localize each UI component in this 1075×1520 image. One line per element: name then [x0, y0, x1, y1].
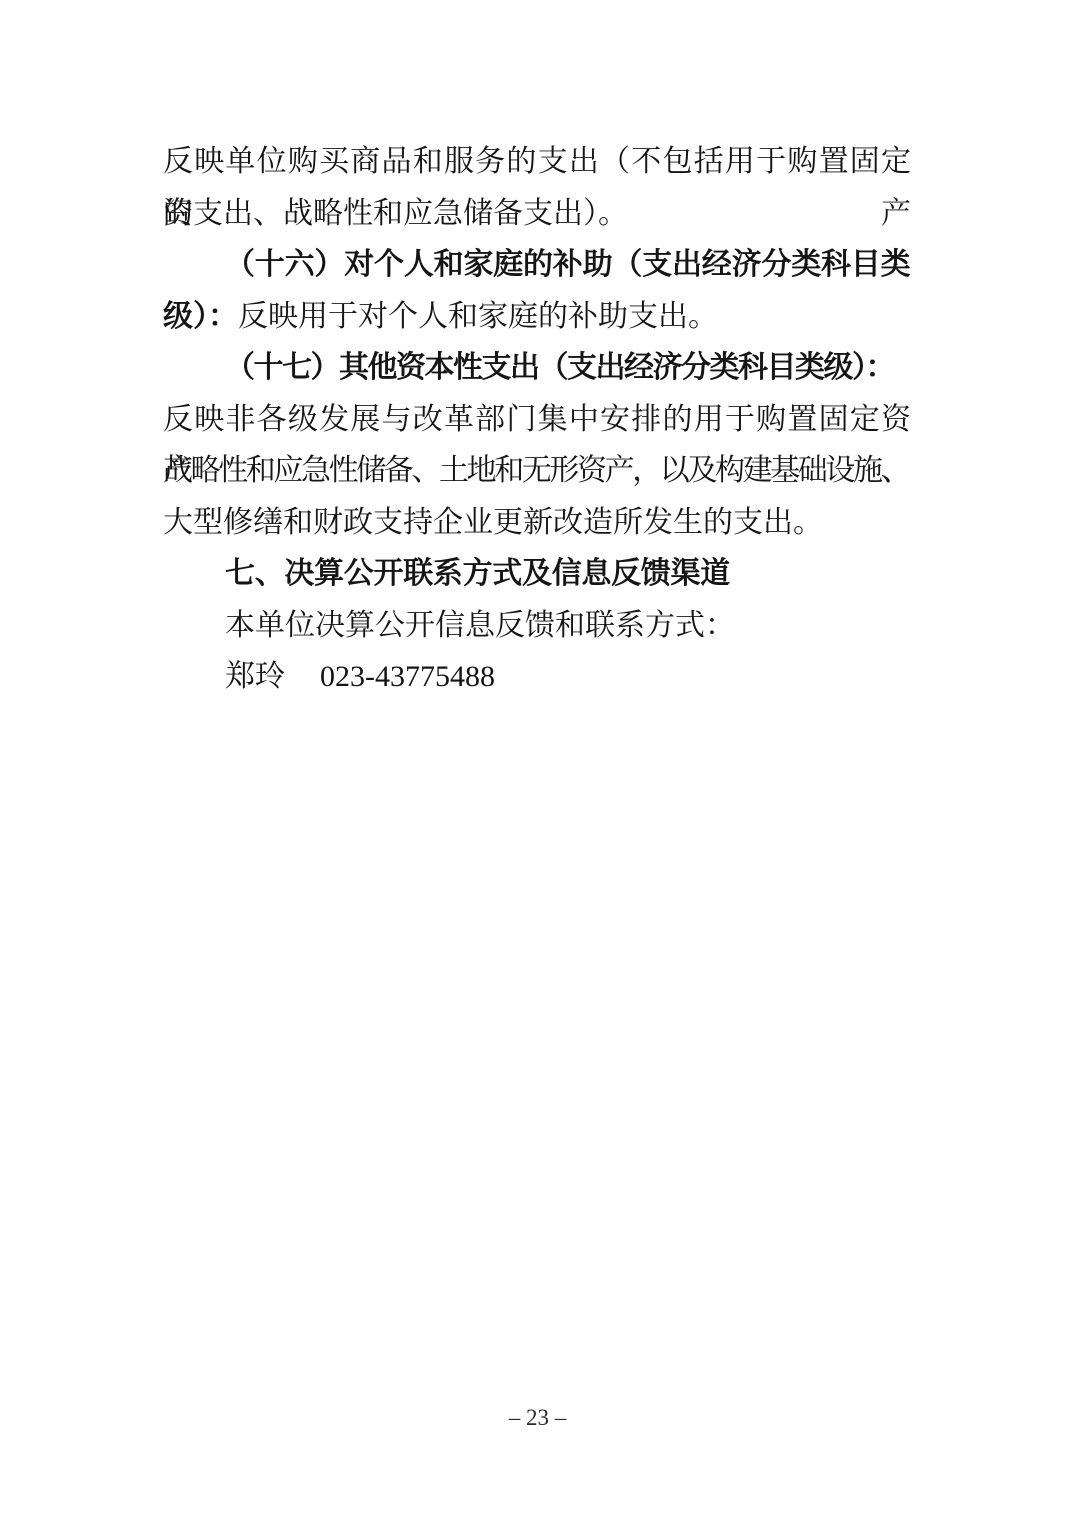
- section-16-title-line-2: 级）：: [163, 300, 238, 333]
- contact-line: 郑玲023-43775488: [163, 651, 911, 703]
- section-17-body-line-1: 反映非各级发展与改革部门集中安排的用于购置固定资产、: [163, 394, 911, 446]
- contact-name: 郑玲: [225, 660, 285, 693]
- section-17-body-line-2: 战略性和应急性储备、土地和无形资产，以及构建基础设施、: [163, 445, 911, 497]
- section-17-title: （十七）其他资本性支出（支出经济分类科目类级）：: [163, 342, 911, 394]
- section-16-title-line-1: （十六）对个人和家庭的补助（支出经济分类科目类: [163, 239, 911, 291]
- section-7-heading: 七、决算公开联系方式及信息反馈渠道: [163, 548, 911, 600]
- section-17-body-line-3: 大型修缮和财政支持企业更新改造所发生的支出。: [163, 497, 911, 549]
- document-body: 反映单位购买商品和服务的支出（不包括用于购置固定资产 的支出、战略性和应急储备支…: [163, 136, 911, 703]
- page-number: – 23 –: [0, 1405, 1075, 1431]
- contact-intro-line: 本单位决算公开信息反馈和联系方式：: [163, 600, 911, 652]
- document-page: 反映单位购买商品和服务的支出（不包括用于购置固定资产 的支出、战略性和应急储备支…: [0, 0, 1075, 1520]
- contact-phone-number: 023-43775488: [320, 651, 495, 703]
- paragraph-goods-services-line-1: 反映单位购买商品和服务的支出（不包括用于购置固定资产: [163, 136, 911, 188]
- section-16-title-continuation-and-body: 级）：反映用于对个人和家庭的补助支出。: [163, 291, 911, 343]
- section-16-body-text: 反映用于对个人和家庭的补助支出。: [238, 300, 718, 333]
